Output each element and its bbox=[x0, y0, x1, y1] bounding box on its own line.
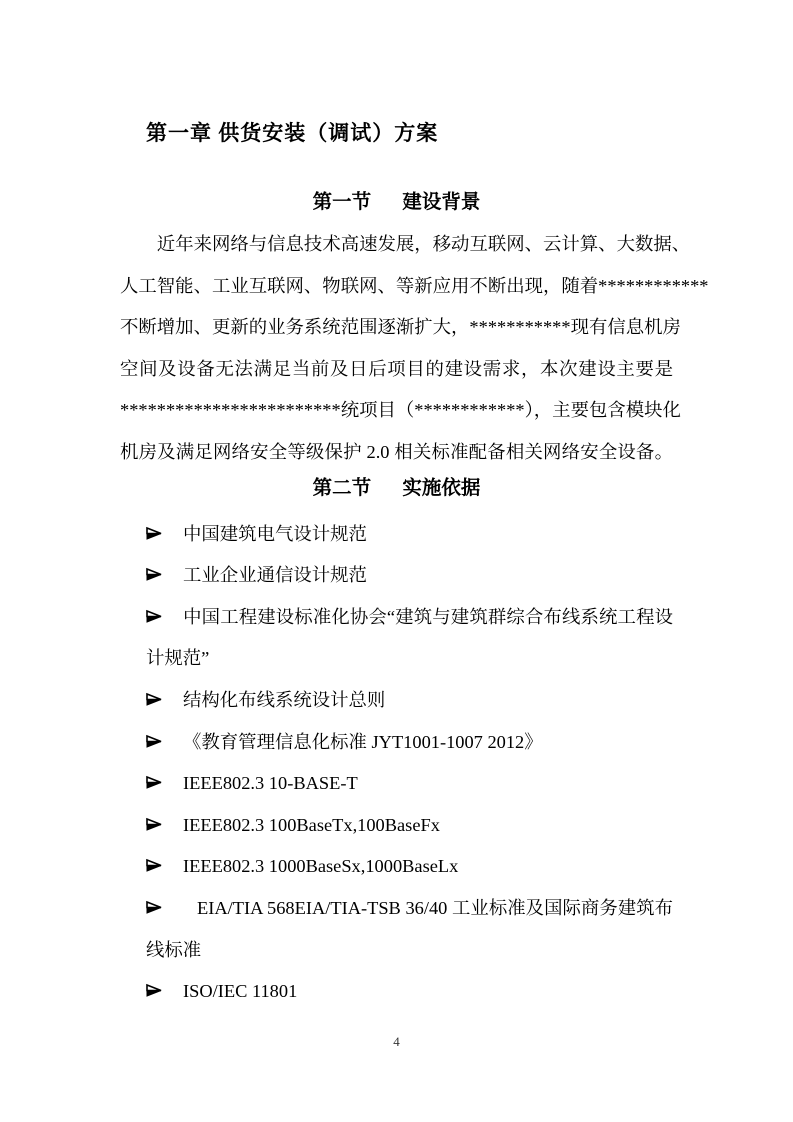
list-item-text: 结构化布线系统设计总则 bbox=[183, 690, 385, 710]
arrowhead-right-icon bbox=[146, 775, 163, 790]
arrowhead-right-icon bbox=[146, 567, 163, 582]
list-item-text: IEEE802.3 100BaseTx,100BaseFx bbox=[183, 815, 440, 835]
arrowhead-right-icon bbox=[146, 692, 163, 707]
arrowhead-right-icon bbox=[146, 734, 163, 749]
list-item: 结构化布线系统设计总则 bbox=[146, 680, 673, 722]
document-page: 第一章 供货安装（调试）方案 第一节建设背景 近年来网络与信息技术高速发展，移动… bbox=[0, 0, 793, 1122]
paragraph-line: 近年来网络与信息技术高速发展，移动互联网、云计算、大数据、 bbox=[120, 224, 673, 266]
section-1-title: 建设背景 bbox=[402, 192, 480, 213]
list-item-text: 中国工程建设标准化协会“建筑与建筑群综合布线系统工程设计规范” bbox=[146, 607, 673, 669]
arrowhead-right-icon bbox=[146, 526, 163, 541]
list-item: 中国工程建设标准化协会“建筑与建筑群综合布线系统工程设计规范” bbox=[146, 597, 673, 680]
section-2-title: 实施依据 bbox=[402, 478, 480, 499]
list-item-text: IEEE802.3 10-BASE-T bbox=[183, 773, 358, 793]
paragraph-line: 空间及设备无法满足当前及日后项目的建设需求，本次建设主要是 bbox=[120, 349, 673, 391]
list-item: 《教育管理信息化标准 JYT1001-1007 2012》 bbox=[146, 722, 673, 764]
arrowhead-right-icon bbox=[146, 858, 163, 873]
section-2-number: 第二节 bbox=[313, 478, 372, 499]
list-item: 工业企业通信设计规范 bbox=[146, 555, 673, 597]
list-item-text: 中国建筑电气设计规范 bbox=[183, 524, 367, 544]
list-item-text: 工业企业通信设计规范 bbox=[183, 565, 367, 585]
list-item: ISO/IEC 11801 bbox=[146, 971, 673, 1013]
list-item: EIA/TIA 568EIA/TIA-TSB 36/40 工业标准及国际商务建筑… bbox=[146, 888, 673, 971]
background-paragraph: 近年来网络与信息技术高速发展，移动互联网、云计算、大数据、 人工智能、工业互联网… bbox=[120, 224, 673, 474]
list-item-text: IEEE802.3 1000BaseSx,1000BaseLx bbox=[183, 856, 458, 876]
list-item-text: 《教育管理信息化标准 JYT1001-1007 2012》 bbox=[183, 732, 543, 752]
section-heading-1: 第一节建设背景 bbox=[120, 188, 673, 218]
arrowhead-right-icon bbox=[146, 983, 163, 998]
paragraph-line: 不断增加、更新的业务系统范围逐渐扩大，***********现有信息机房 bbox=[120, 307, 673, 349]
list-item-text: ISO/IEC 11801 bbox=[183, 981, 297, 1001]
list-item: 中国建筑电气设计规范 bbox=[146, 514, 673, 556]
chapter-title: 第一章 供货安装（调试）方案 bbox=[146, 116, 673, 150]
paragraph-line: 人工智能、工业互联网、物联网、等新应用不断出现，随着************ bbox=[120, 266, 673, 308]
standards-list: 中国建筑电气设计规范 工业企业通信设计规范 中国工程建设标准化协会“建筑与建筑群… bbox=[120, 514, 673, 1013]
list-item-text: EIA/TIA 568EIA/TIA-TSB 36/40 工业标准及国际商务建筑… bbox=[146, 898, 673, 960]
paragraph-line: 机房及满足网络安全等级保护 2.0 相关标准配备相关网络安全设备。 bbox=[120, 432, 673, 474]
arrowhead-right-icon bbox=[146, 609, 163, 624]
arrowhead-right-icon bbox=[146, 900, 163, 915]
section-1-number: 第一节 bbox=[313, 192, 372, 213]
list-item: IEEE802.3 1000BaseSx,1000BaseLx bbox=[146, 846, 673, 888]
page-number: 4 bbox=[0, 1034, 793, 1050]
arrowhead-right-icon bbox=[146, 817, 163, 832]
list-item: IEEE802.3 10-BASE-T bbox=[146, 763, 673, 805]
list-item: IEEE802.3 100BaseTx,100BaseFx bbox=[146, 805, 673, 847]
paragraph-line: ************************统项目（************… bbox=[120, 390, 673, 432]
section-heading-2: 第二节实施依据 bbox=[120, 474, 673, 504]
